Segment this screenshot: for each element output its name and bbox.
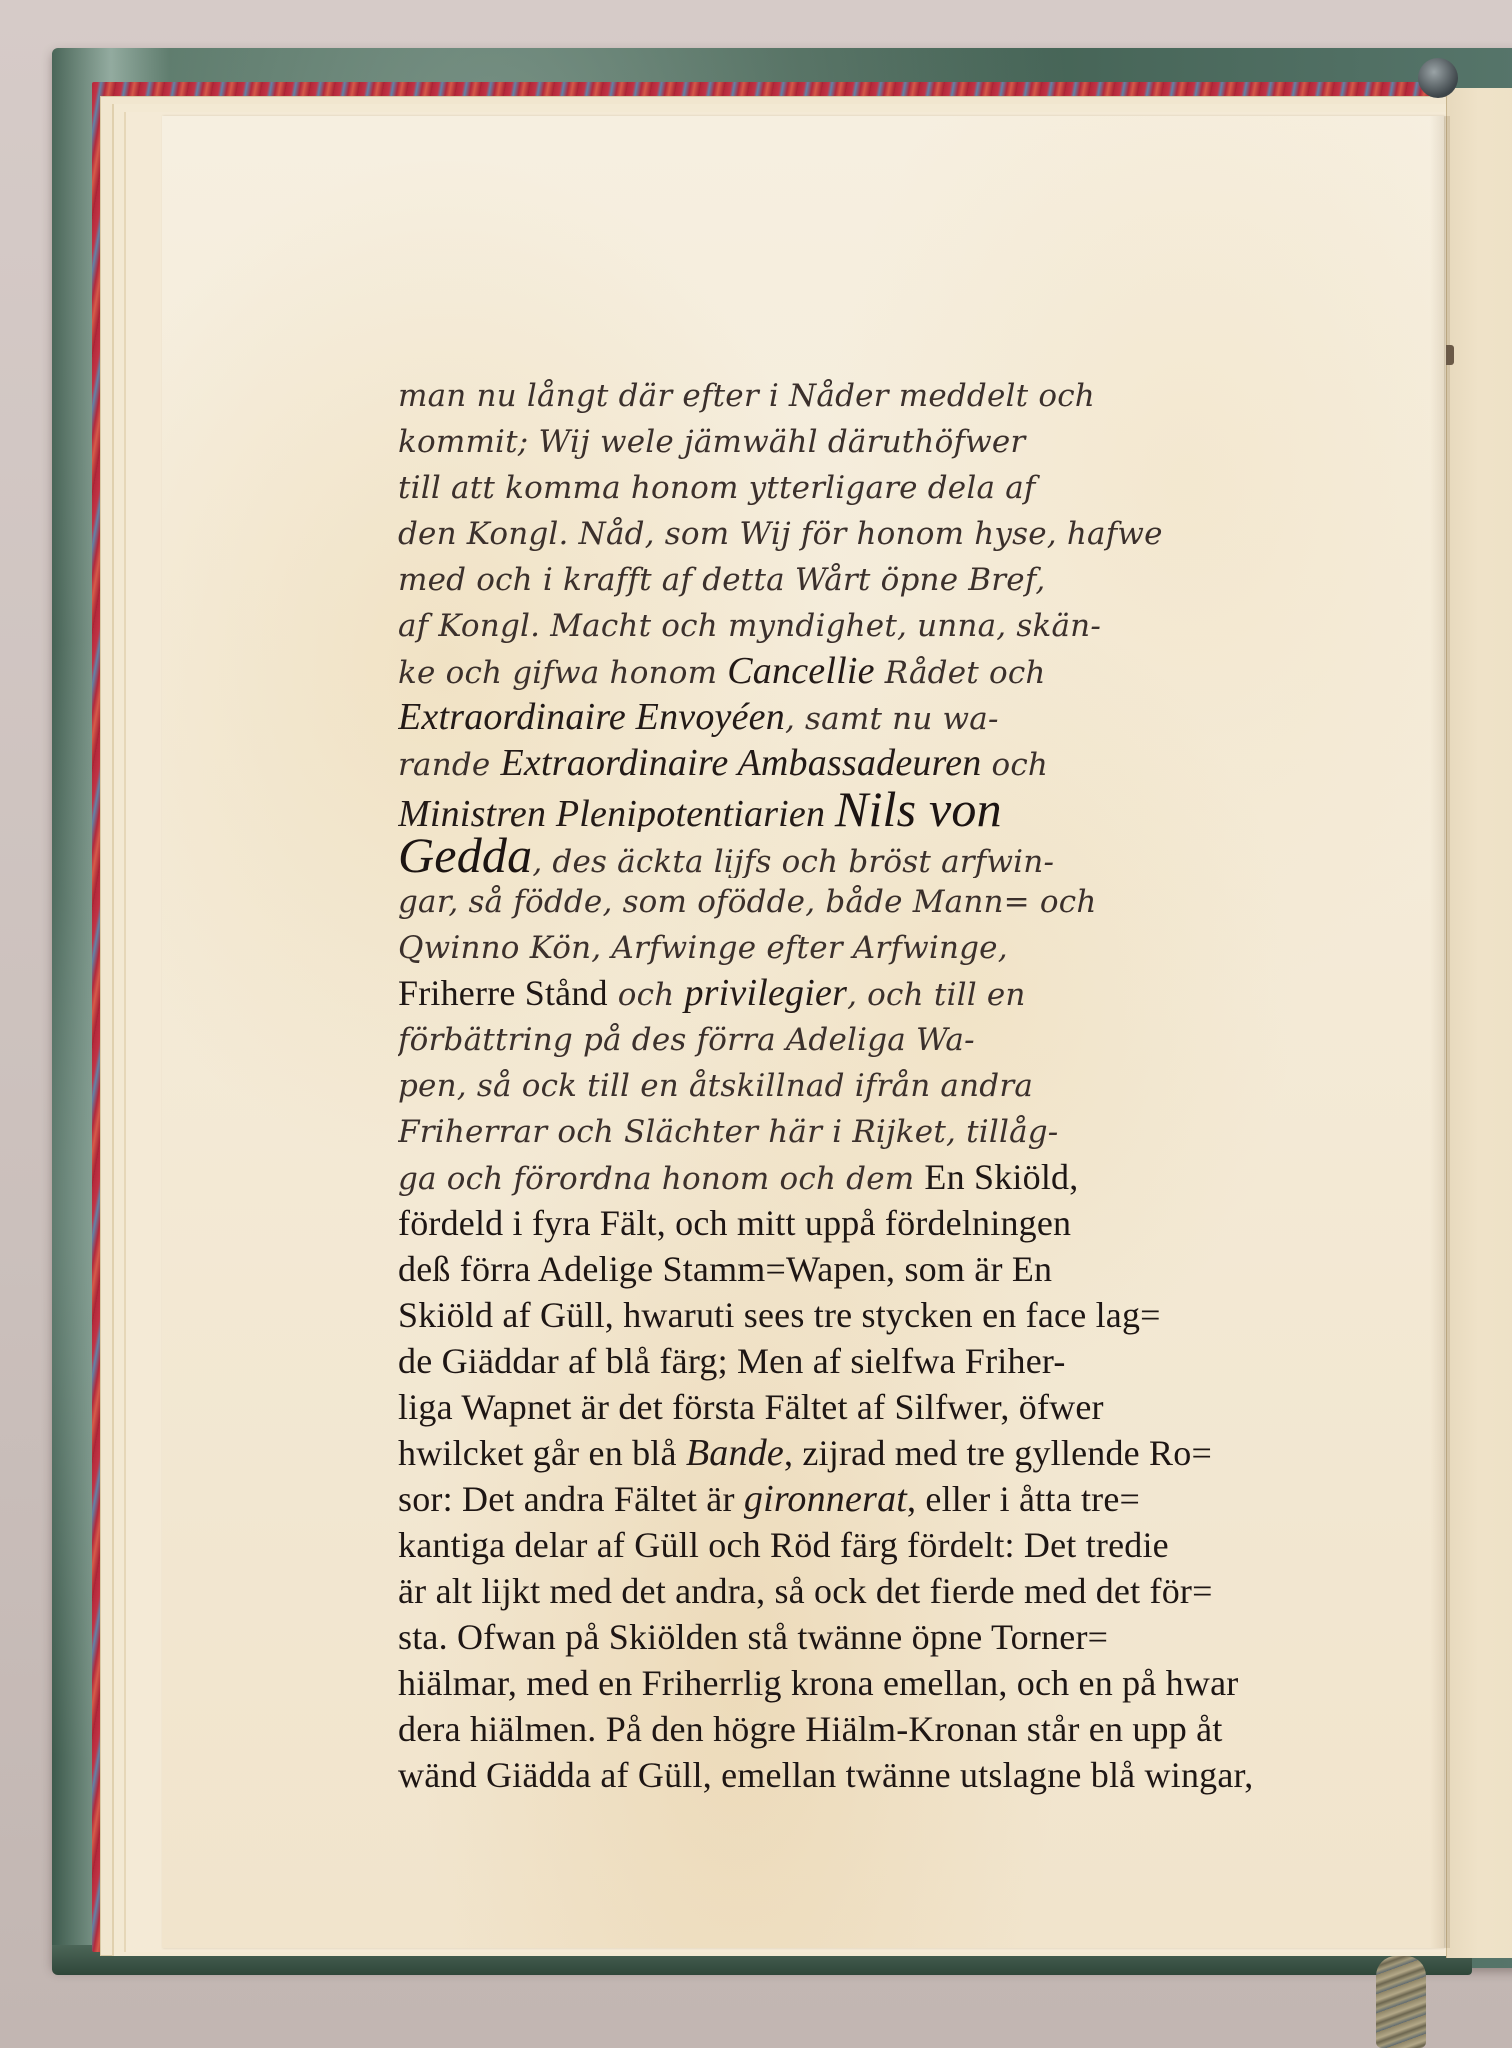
text-segment-emph: Cancellie — [727, 650, 874, 692]
manuscript-line: hiälmar, med en Friherrlig krona emellan… — [398, 1660, 1333, 1706]
text-segment-script: , samt nu wa- — [785, 701, 999, 737]
text-segment-fraktur: fördeld i fyra Fält, och mitt uppå förde… — [398, 1203, 1071, 1243]
gutter-shadow — [1430, 116, 1450, 1948]
text-segment-fraktur: , ziјrad med tre gyllende Ro= — [784, 1433, 1212, 1473]
text-segment-script: , des äckta lijfs och bröst arfwin- — [532, 844, 1054, 878]
text-segment-script: , och till en — [847, 977, 1026, 1013]
text-segment-script: förbättring på des förra Adeliga Wa- — [398, 1022, 975, 1058]
manuscript-line: fördeld i fyra Fält, och mitt uppå förde… — [398, 1200, 1333, 1246]
manuscript-line: ga och förordna honom och dem En Skiöld, — [398, 1154, 1333, 1200]
manuscript-line: man nu långt där efter i Nåder meddelt o… — [398, 372, 1333, 418]
text-segment-script: rande — [398, 747, 501, 783]
text-segment-fraktur: sta. Ofwan på Skiölden stå twänne öpne T… — [398, 1617, 1108, 1657]
text-segment-script: med och i krafft af detta Wårt öpne Bref… — [398, 562, 1045, 598]
text-segment-fraktur: wänd Giädda af Güll, emellan twänne utsl… — [398, 1755, 1253, 1795]
text-segment-fraktur: , eller i åtta tre= — [907, 1479, 1140, 1519]
facing-page — [1446, 88, 1512, 1958]
manuscript-line: den Kongl. Nåd, som Wij för honom hyse, … — [398, 510, 1333, 556]
text-segment-fraktur: hwilcket går en blå — [398, 1433, 686, 1473]
text-segment-script: ga och förordna honom och dem — [398, 1161, 924, 1197]
manuscript-line: Gedda, des äckta lijfs och bröst arfwin- — [398, 832, 1333, 878]
bookmark-cord-tassel-icon[interactable] — [1376, 1956, 1426, 2048]
manuscript-line: deß förra Adelige Stamm=Wapen, som är En — [398, 1246, 1333, 1292]
text-segment-fraktur: Skiöld af Güll, hwaruti sees tre stycken… — [398, 1295, 1161, 1335]
manuscript-line: dera hiälmen. På den högre Hiälm-Kronan … — [398, 1706, 1333, 1752]
text-segment-name-large: Gedda — [398, 832, 532, 878]
manuscript-text: man nu långt där efter i Nåder meddelt o… — [398, 372, 1333, 1798]
manuscript-line: kantiga delar af Güll och Röd färg förde… — [398, 1522, 1333, 1568]
bookmark-cord-knot-icon — [1418, 58, 1458, 98]
manuscript-line: Skiöld af Güll, hwaruti sees tre stycken… — [398, 1292, 1333, 1338]
manuscript-line: hwilcket går en blå Bande, ziјrad med tr… — [398, 1430, 1333, 1476]
manuscript-line: kommit; Wij wele jämwähl däruthöfwer — [398, 418, 1333, 464]
text-segment-script: Rådet och — [875, 655, 1046, 691]
text-segment-fraktur: liga Wapnet är det första Fältet af Silf… — [398, 1387, 1104, 1427]
text-segment-fraktur: kantiga delar af Güll och Röd färg förde… — [398, 1525, 1169, 1565]
text-segment-fraktur: är alt lijkt med det andra, så ock det f… — [398, 1571, 1213, 1611]
text-segment-name-large: Nils von — [835, 786, 1002, 832]
text-segment-fraktur: sor: Det andra Fältet är — [398, 1479, 744, 1519]
text-segment-script: pen, så ock till en åtskillnad ifrån and… — [398, 1068, 1033, 1104]
manuscript-line: rande Extraordinaire Ambassadeuren och — [398, 740, 1333, 786]
text-segment-script: af Kongl. Macht och myndighet, unna, skä… — [398, 608, 1101, 644]
text-segment-script: och — [981, 747, 1048, 783]
manuscript-line: pen, så ock till en åtskillnad ifrån and… — [398, 1062, 1333, 1108]
manuscript-line: Extraordinaire Envoyéen, samt nu wa- — [398, 694, 1333, 740]
text-segment-script: Friherrar och Slächter här i Rijket, til… — [398, 1114, 1058, 1150]
text-segment-fraktur: deß förra Adelige Stamm=Wapen, som är En — [398, 1249, 1052, 1289]
manuscript-line: gar, så födde, som ofödde, både Mann= oc… — [398, 878, 1333, 924]
text-segment-fraktur: de Giäddar af blå färg; Men af sielfwa F… — [398, 1341, 1066, 1381]
text-segment-script: den Kongl. Nåd, som Wij för honom hyse, … — [398, 516, 1163, 552]
manuscript-line: liga Wapnet är det första Fältet af Silf… — [398, 1384, 1333, 1430]
manuscript-line: förbättring på des förra Adeliga Wa- — [398, 1016, 1333, 1062]
text-segment-emph: gironnerat — [744, 1478, 907, 1520]
text-segment-fraktur: En Skiöld, — [924, 1157, 1078, 1197]
text-segment-script: och — [608, 977, 685, 1013]
text-segment-emph: privilegier — [684, 972, 847, 1014]
text-segment-fraktur: dera hiälmen. På den högre Hiälm-Kronan … — [398, 1709, 1223, 1749]
manuscript-line: Qwinno Kön, Arfwinge efter Arfwinge, — [398, 924, 1333, 970]
text-segment-emph: Extraordinaire Ambassadeuren — [501, 742, 982, 784]
text-segment-script: gar, så födde, som ofödde, både Mann= oc… — [398, 884, 1096, 920]
manuscript-line: sta. Ofwan på Skiölden stå twänne öpne T… — [398, 1614, 1333, 1660]
text-segment-fraktur: hiälmar, med en Friherrlig krona emellan… — [398, 1663, 1238, 1703]
manuscript-line: sor: Det andra Fältet är gironnerat, ell… — [398, 1476, 1333, 1522]
text-segment-script: Qwinno Kön, Arfwinge efter Arfwinge, — [398, 930, 1008, 966]
manuscript-line: wänd Giädda af Güll, emellan twänne utsl… — [398, 1752, 1333, 1798]
text-segment-emph: Extraordinaire Envoyéen — [398, 696, 785, 738]
manuscript-line: Friherre Stånd och privilegier, och till… — [398, 970, 1333, 1016]
text-segment-script: man nu långt där efter i Nåder meddelt o… — [398, 378, 1095, 414]
page-tab — [1446, 345, 1454, 365]
manuscript-line: till att komma honom ytterligare dela af — [398, 464, 1333, 510]
text-segment-script: ke och gifwa honom — [398, 655, 727, 691]
manuscript-line: är alt lijkt med det andra, så ock det f… — [398, 1568, 1333, 1614]
text-segment-fraktur: Friherre Stånd — [398, 973, 608, 1013]
manuscript-line: Friherrar och Slächter här i Rijket, til… — [398, 1108, 1333, 1154]
text-segment-script: till att komma honom ytterligare dela af — [398, 470, 1036, 506]
text-segment-script: kommit; Wij wele jämwähl däruthöfwer — [398, 424, 1025, 460]
text-segment-emph: Bande — [686, 1432, 784, 1474]
manuscript-line: med och i krafft af detta Wårt öpne Bref… — [398, 556, 1333, 602]
manuscript-line: ke och gifwa honom Cancellie Rådet och — [398, 648, 1333, 694]
manuscript-line: af Kongl. Macht och myndighet, unna, skä… — [398, 602, 1333, 648]
manuscript-line: Ministren Plenipotentiarien Nils von — [398, 786, 1333, 832]
manuscript-line: de Giäddar af blå färg; Men af sielfwa F… — [398, 1338, 1333, 1384]
text-segment-emph: Ministren Plenipotentiarien — [398, 793, 835, 832]
